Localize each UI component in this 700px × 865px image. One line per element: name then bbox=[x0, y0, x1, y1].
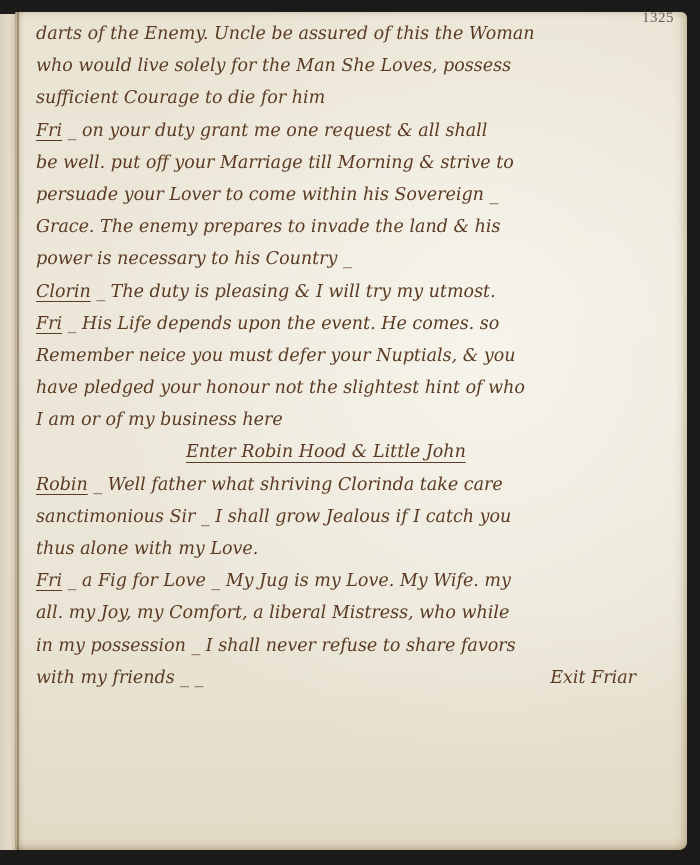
text-line: Grace. The enemy prepares to invade the … bbox=[36, 211, 676, 243]
line-text: persuade your Lover to come within his S… bbox=[36, 185, 498, 205]
line-text: _ a Fig for Love _ My Jug is my Love. My… bbox=[62, 571, 511, 591]
line-text: I am or of my business here bbox=[36, 410, 283, 430]
text-line: darts of the Enemy. Uncle be assured of … bbox=[36, 18, 676, 50]
text-line: power is necessary to his Country _ bbox=[36, 243, 676, 275]
manuscript-text: darts of the Enemy. Uncle be assured of … bbox=[36, 18, 676, 694]
manuscript-scan: 1325 darts of the Enemy. Uncle be assure… bbox=[0, 0, 700, 865]
line-text: _ Well father what shriving Clorinda tak… bbox=[88, 475, 503, 495]
stage-direction: Enter Robin Hood & Little John bbox=[36, 436, 466, 468]
binding-gutter bbox=[17, 12, 19, 850]
line-text: _ The duty is pleasing & I will try my u… bbox=[91, 282, 496, 302]
line-text: thus alone with my Love. bbox=[36, 539, 258, 559]
text-line: Fri _ on your duty grant me one request … bbox=[36, 115, 676, 147]
line-text: sufficient Courage to die for him bbox=[36, 88, 325, 108]
text-line: sanctimonious Sir _ I shall grow Jealous… bbox=[36, 501, 676, 533]
line-text: who would live solely for the Man She Lo… bbox=[36, 56, 511, 76]
line-text: _ on your duty grant me one request & al… bbox=[62, 121, 487, 141]
line-text: sanctimonious Sir _ I shall grow Jealous… bbox=[36, 507, 511, 527]
text-line: sufficient Courage to die for him bbox=[36, 82, 676, 114]
line-text: darts of the Enemy. Uncle be assured of … bbox=[36, 24, 535, 44]
text-line: Clorin _ The duty is pleasing & I will t… bbox=[36, 276, 676, 308]
text-line: I am or of my business here bbox=[36, 404, 676, 436]
line-text: have pledged your honour not the slighte… bbox=[36, 378, 525, 398]
text-line: persuade your Lover to come within his S… bbox=[36, 179, 676, 211]
text-line: Robin _ Well father what shriving Clorin… bbox=[36, 469, 676, 501]
speaker-name: Fri bbox=[36, 314, 62, 334]
text-line: in my possession _ I shall never refuse … bbox=[36, 630, 676, 662]
speaker-name: Fri bbox=[36, 121, 62, 141]
speaker-name: Robin bbox=[36, 475, 88, 495]
line-text: _ His Life depends upon the event. He co… bbox=[62, 314, 499, 334]
text-line: Fri _ His Life depends upon the event. H… bbox=[36, 308, 676, 340]
line-text: power is necessary to his Country _ bbox=[36, 249, 352, 269]
speaker-name: Fri bbox=[36, 571, 62, 591]
exit-direction: Exit Friar bbox=[550, 662, 636, 694]
line-text: in my possession _ I shall never refuse … bbox=[36, 636, 516, 656]
text-line: who would live solely for the Man She Lo… bbox=[36, 50, 676, 82]
text-line: thus alone with my Love. bbox=[36, 533, 676, 565]
text-line: Remember neice you must defer your Nupti… bbox=[36, 340, 676, 372]
text-line: be well. put off your Marriage till Morn… bbox=[36, 147, 676, 179]
text-line: Fri _ a Fig for Love _ My Jug is my Love… bbox=[36, 565, 676, 597]
text-line: with my friends _ _Exit Friar bbox=[36, 662, 676, 694]
line-text: with my friends _ _ bbox=[36, 668, 203, 688]
line-text: be well. put off your Marriage till Morn… bbox=[36, 153, 514, 173]
speaker-name: Clorin bbox=[36, 282, 91, 302]
line-text: Grace. The enemy prepares to invade the … bbox=[36, 217, 501, 237]
line-text: all. my Joy, my Comfort, a liberal Mistr… bbox=[36, 603, 509, 623]
text-line: all. my Joy, my Comfort, a liberal Mistr… bbox=[36, 597, 676, 629]
stage-direction-line: Enter Robin Hood & Little John bbox=[36, 436, 676, 468]
text-line: have pledged your honour not the slighte… bbox=[36, 372, 676, 404]
line-text: Remember neice you must defer your Nupti… bbox=[36, 346, 516, 366]
